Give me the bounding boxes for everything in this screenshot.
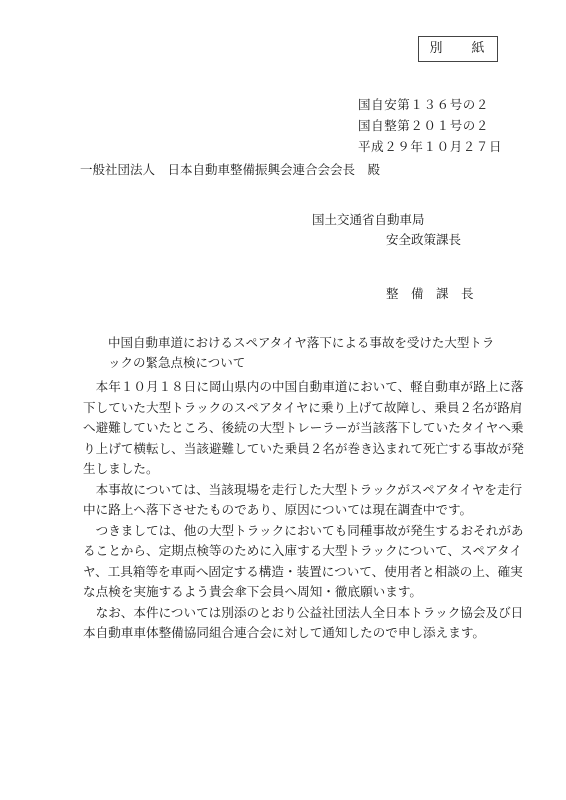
body-line: 下していた大型トラックのスペアタイヤに乗り上げて故障し、乗員２名が路肩 [83,398,483,419]
reference-number-1: 国自安第１３６号の２ [358,94,489,115]
sender-title-maintenance: 整 備 課 長 [386,284,474,302]
body-line: 本事故については、当該現場を走行した大型トラックがスペアタイヤを走行 [83,480,483,501]
body-line: なお、本件については別添のとおり公益社団法人全日本トラック協会及び日 [83,603,483,624]
body-line: ることから、定期点検等のために入庫する大型トラックについて、スペアタイ [83,541,483,562]
reference-number-2: 国自整第２０１号の２ [358,115,489,136]
body-line: つきましては、他の大型トラックにおいても同種事故が発生するおそれがあ [83,521,483,542]
document-date: 平成２９年１０月２７日 [358,136,502,157]
sender-title-safety-policy: 安全政策課長 [386,230,461,248]
body-line: ヤ、工具箱等を車両へ固定する構造・装置について、使用者と相談の上、確実 [83,562,483,583]
body-line: り上げて横転し、当該避難していた乗員２名が巻き込まれて死亡する事故が発 [83,439,483,460]
addressee: 一般社団法人 日本自動車整備振興会連合会会長 殿 [80,160,380,178]
attachment-label: 別 紙 [418,36,498,62]
body-line: へ避難していたところ、後続の大型トレーラーが当該落下していたタイヤへ乗 [83,418,483,439]
body-text: 本年１０月１８日に岡山県内の中国自動車道において、軽自動車が路上に落 下していた… [83,377,483,644]
body-line: 本自動車車体整備協同組合連合会に対して通知したので申し添えます。 [83,623,483,644]
body-line: 中に路上へ落下させたものであり、原因については現在調査中です。 [83,500,483,521]
body-line: な点検を実施するよう貴会傘下会員へ周知・徹底願います。 [83,582,483,603]
subject-line-2: ックの緊急点検について [108,352,245,373]
body-line: 生しました。 [83,459,483,480]
sender-bureau: 国土交通省自動車局 [312,210,425,228]
body-line: 本年１０月１８日に岡山県内の中国自動車道において、軽自動車が路上に落 [83,377,483,398]
subject-line-1: 中国自動車道におけるスペアタイヤ落下による事故を受けた大型トラ [108,332,494,353]
